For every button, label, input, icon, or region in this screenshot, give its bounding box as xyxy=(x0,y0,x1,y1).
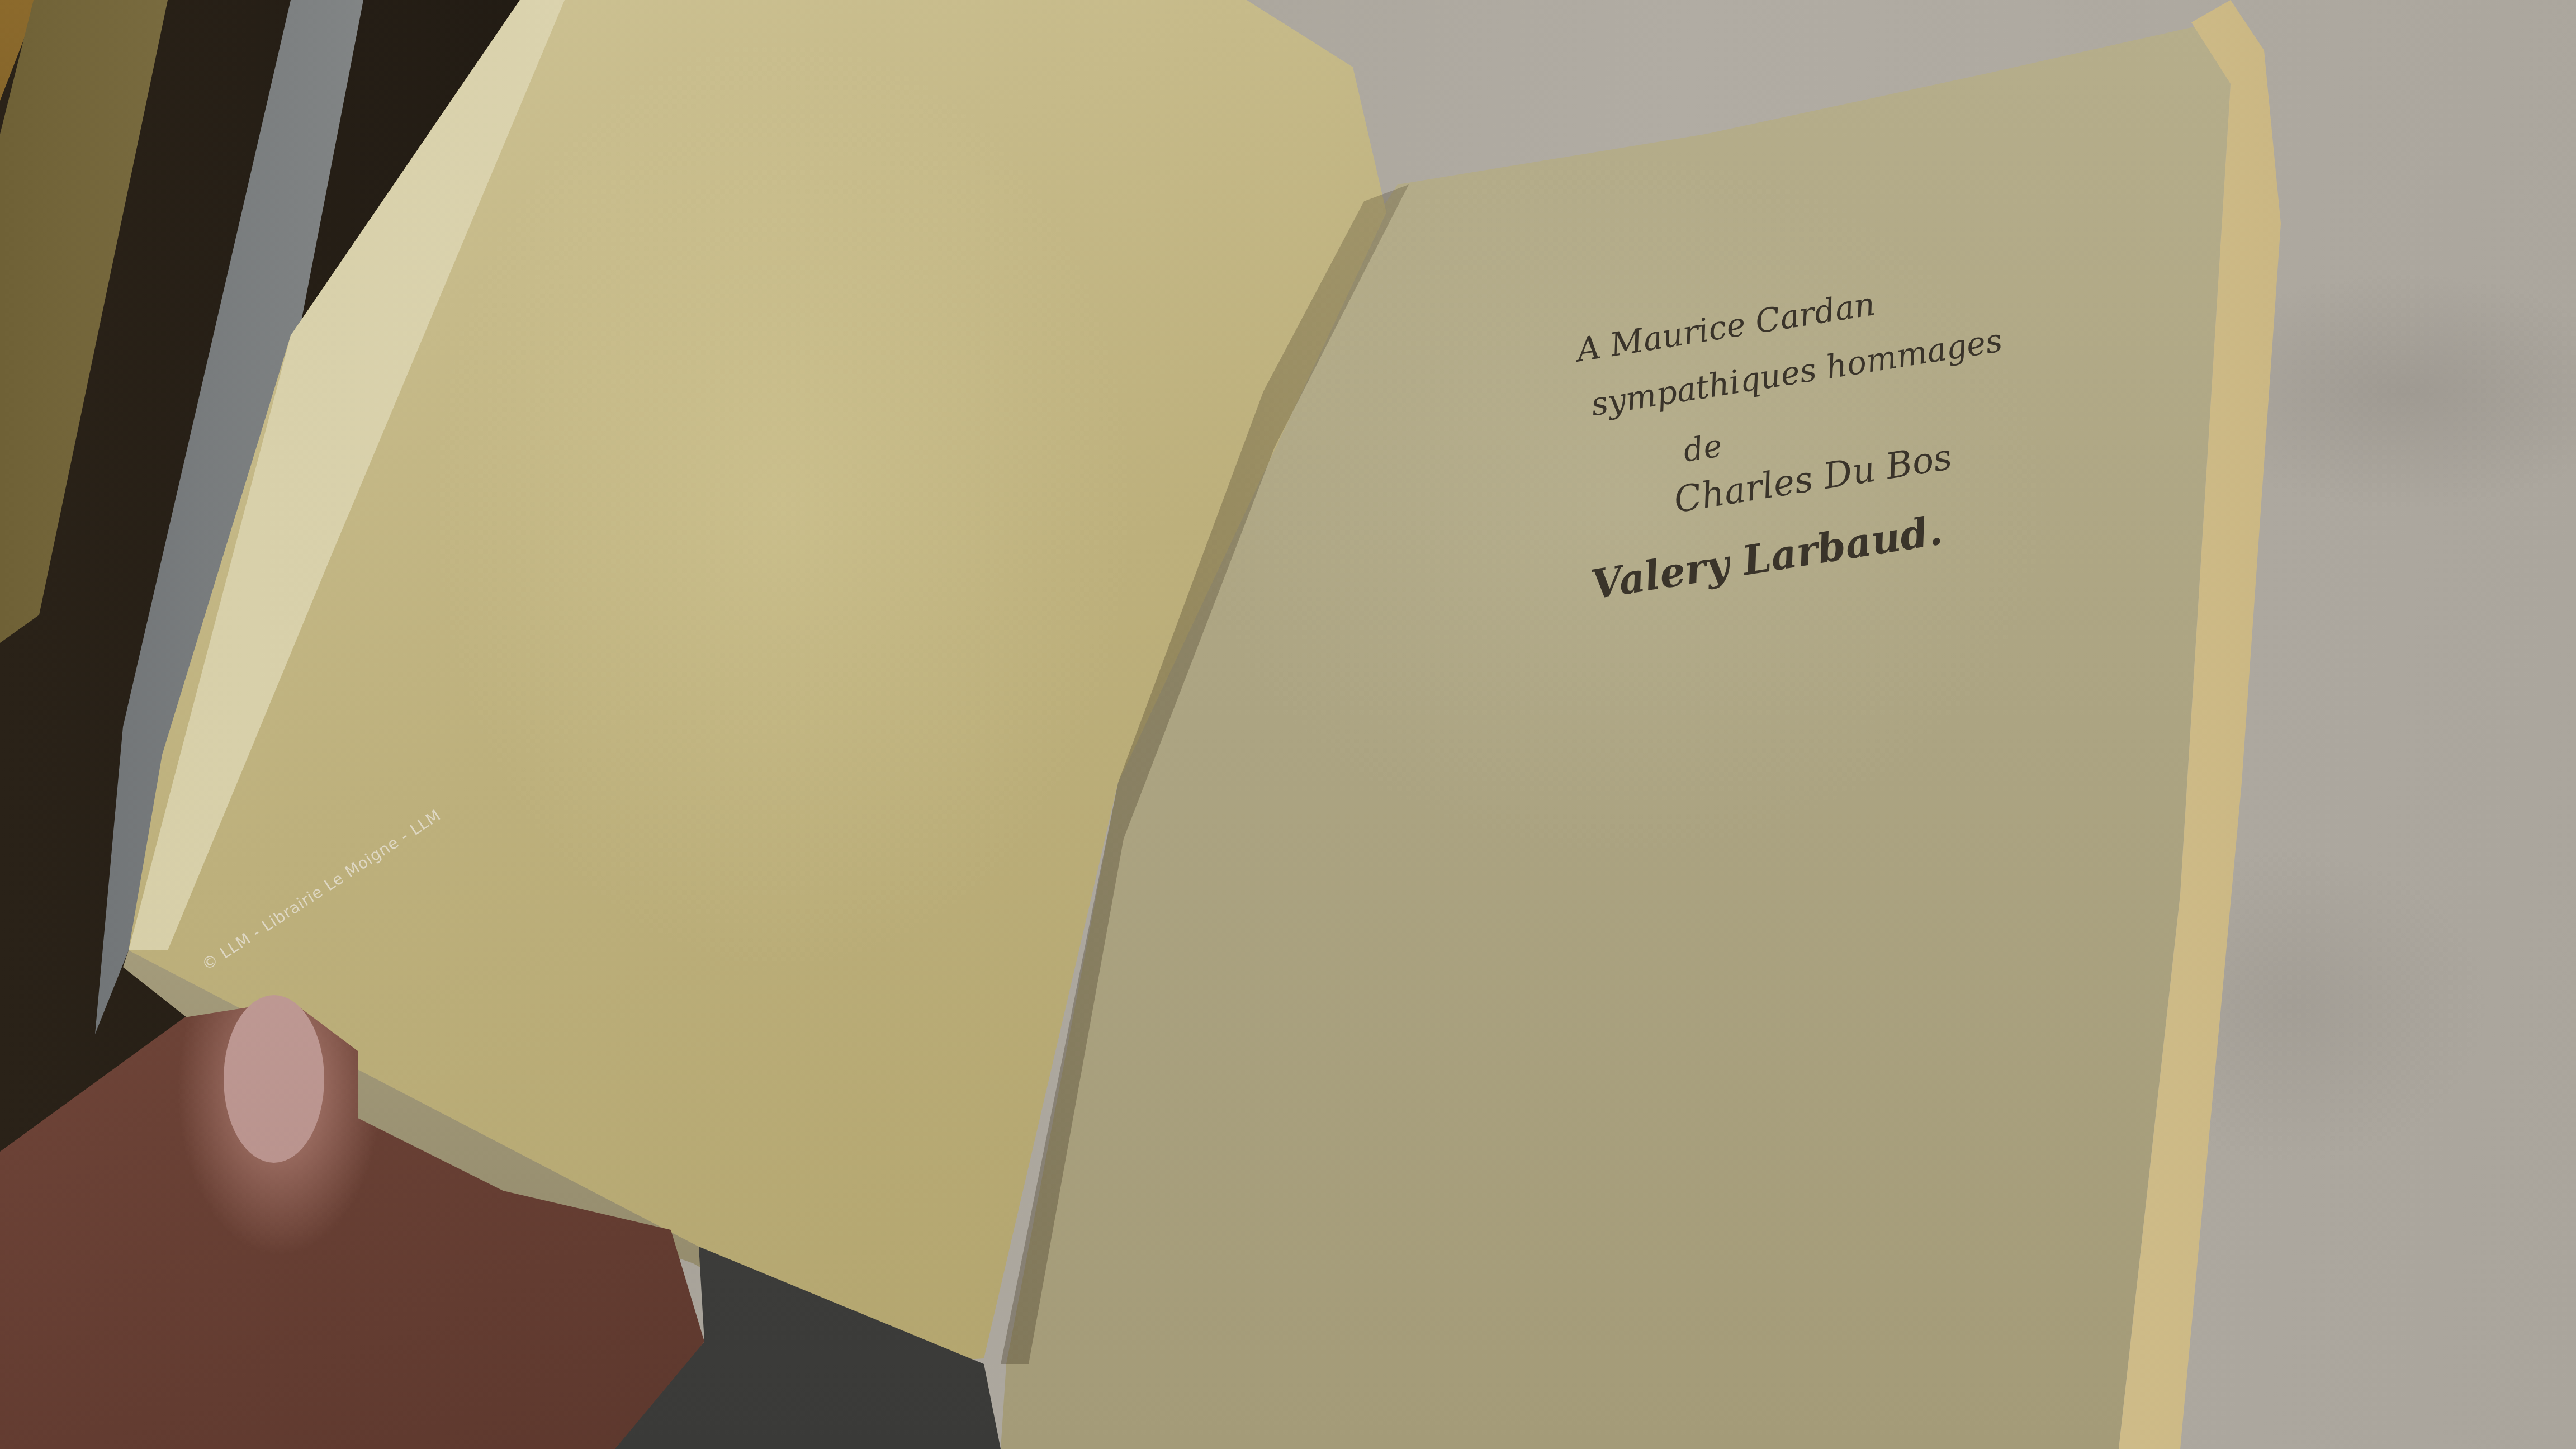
dedication-line: de xyxy=(1681,428,1725,470)
